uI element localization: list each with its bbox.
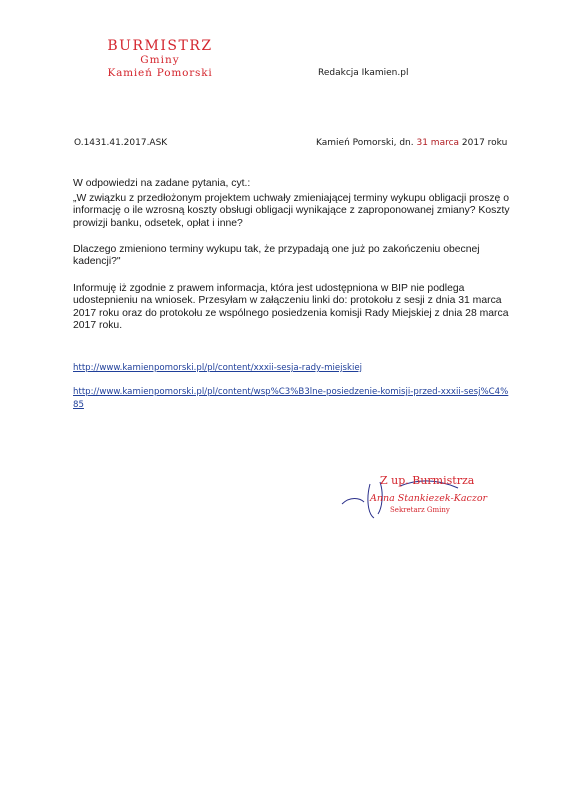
mayor-stamp: BURMISTRZ Gminy Kamień Pomorski: [60, 38, 260, 80]
link-session-protocol[interactable]: http://www.kamienpomorski.pl/pl/content/…: [73, 362, 513, 375]
reference-number: O.1431.41.2017.ASK: [74, 138, 167, 148]
date-day-month: 31 marca: [416, 138, 459, 148]
date-suffix: 2017 roku: [459, 138, 507, 148]
stamp-municipality: Kamień Pomorski: [60, 67, 260, 80]
signature-on-behalf: Z up. Burmistrza: [380, 474, 474, 487]
quoted-question-1: „W związku z przedłożonym projektem uchw…: [73, 193, 513, 230]
date-prefix: Kamień Pomorski, dn.: [316, 138, 416, 148]
answer-paragraph: Informuję iż zgodnie z prawem informacja…: [73, 283, 513, 333]
intro-text: W odpowiedzi na zadane pytania, cyt.:: [73, 178, 513, 190]
signature-block: Z up. Burmistrza Anna Stankiezek-Kaczor …: [340, 474, 510, 524]
link-committee-protocol[interactable]: http://www.kamienpomorski.pl/pl/content/…: [73, 386, 513, 412]
recipient: Redakcja Ikamien.pl: [318, 68, 408, 78]
date-line: Kamień Pomorski, dn. 31 marca 2017 roku: [316, 138, 507, 148]
stamp-subtitle: Gminy: [60, 54, 260, 67]
signature-role: Sekretarz Gminy: [390, 506, 450, 514]
quoted-question-2: Dlaczego zmieniono terminy wykupu tak, ż…: [73, 244, 513, 269]
signature-name: Anna Stankiezek-Kaczor: [370, 493, 487, 504]
stamp-title: BURMISTRZ: [60, 38, 260, 54]
